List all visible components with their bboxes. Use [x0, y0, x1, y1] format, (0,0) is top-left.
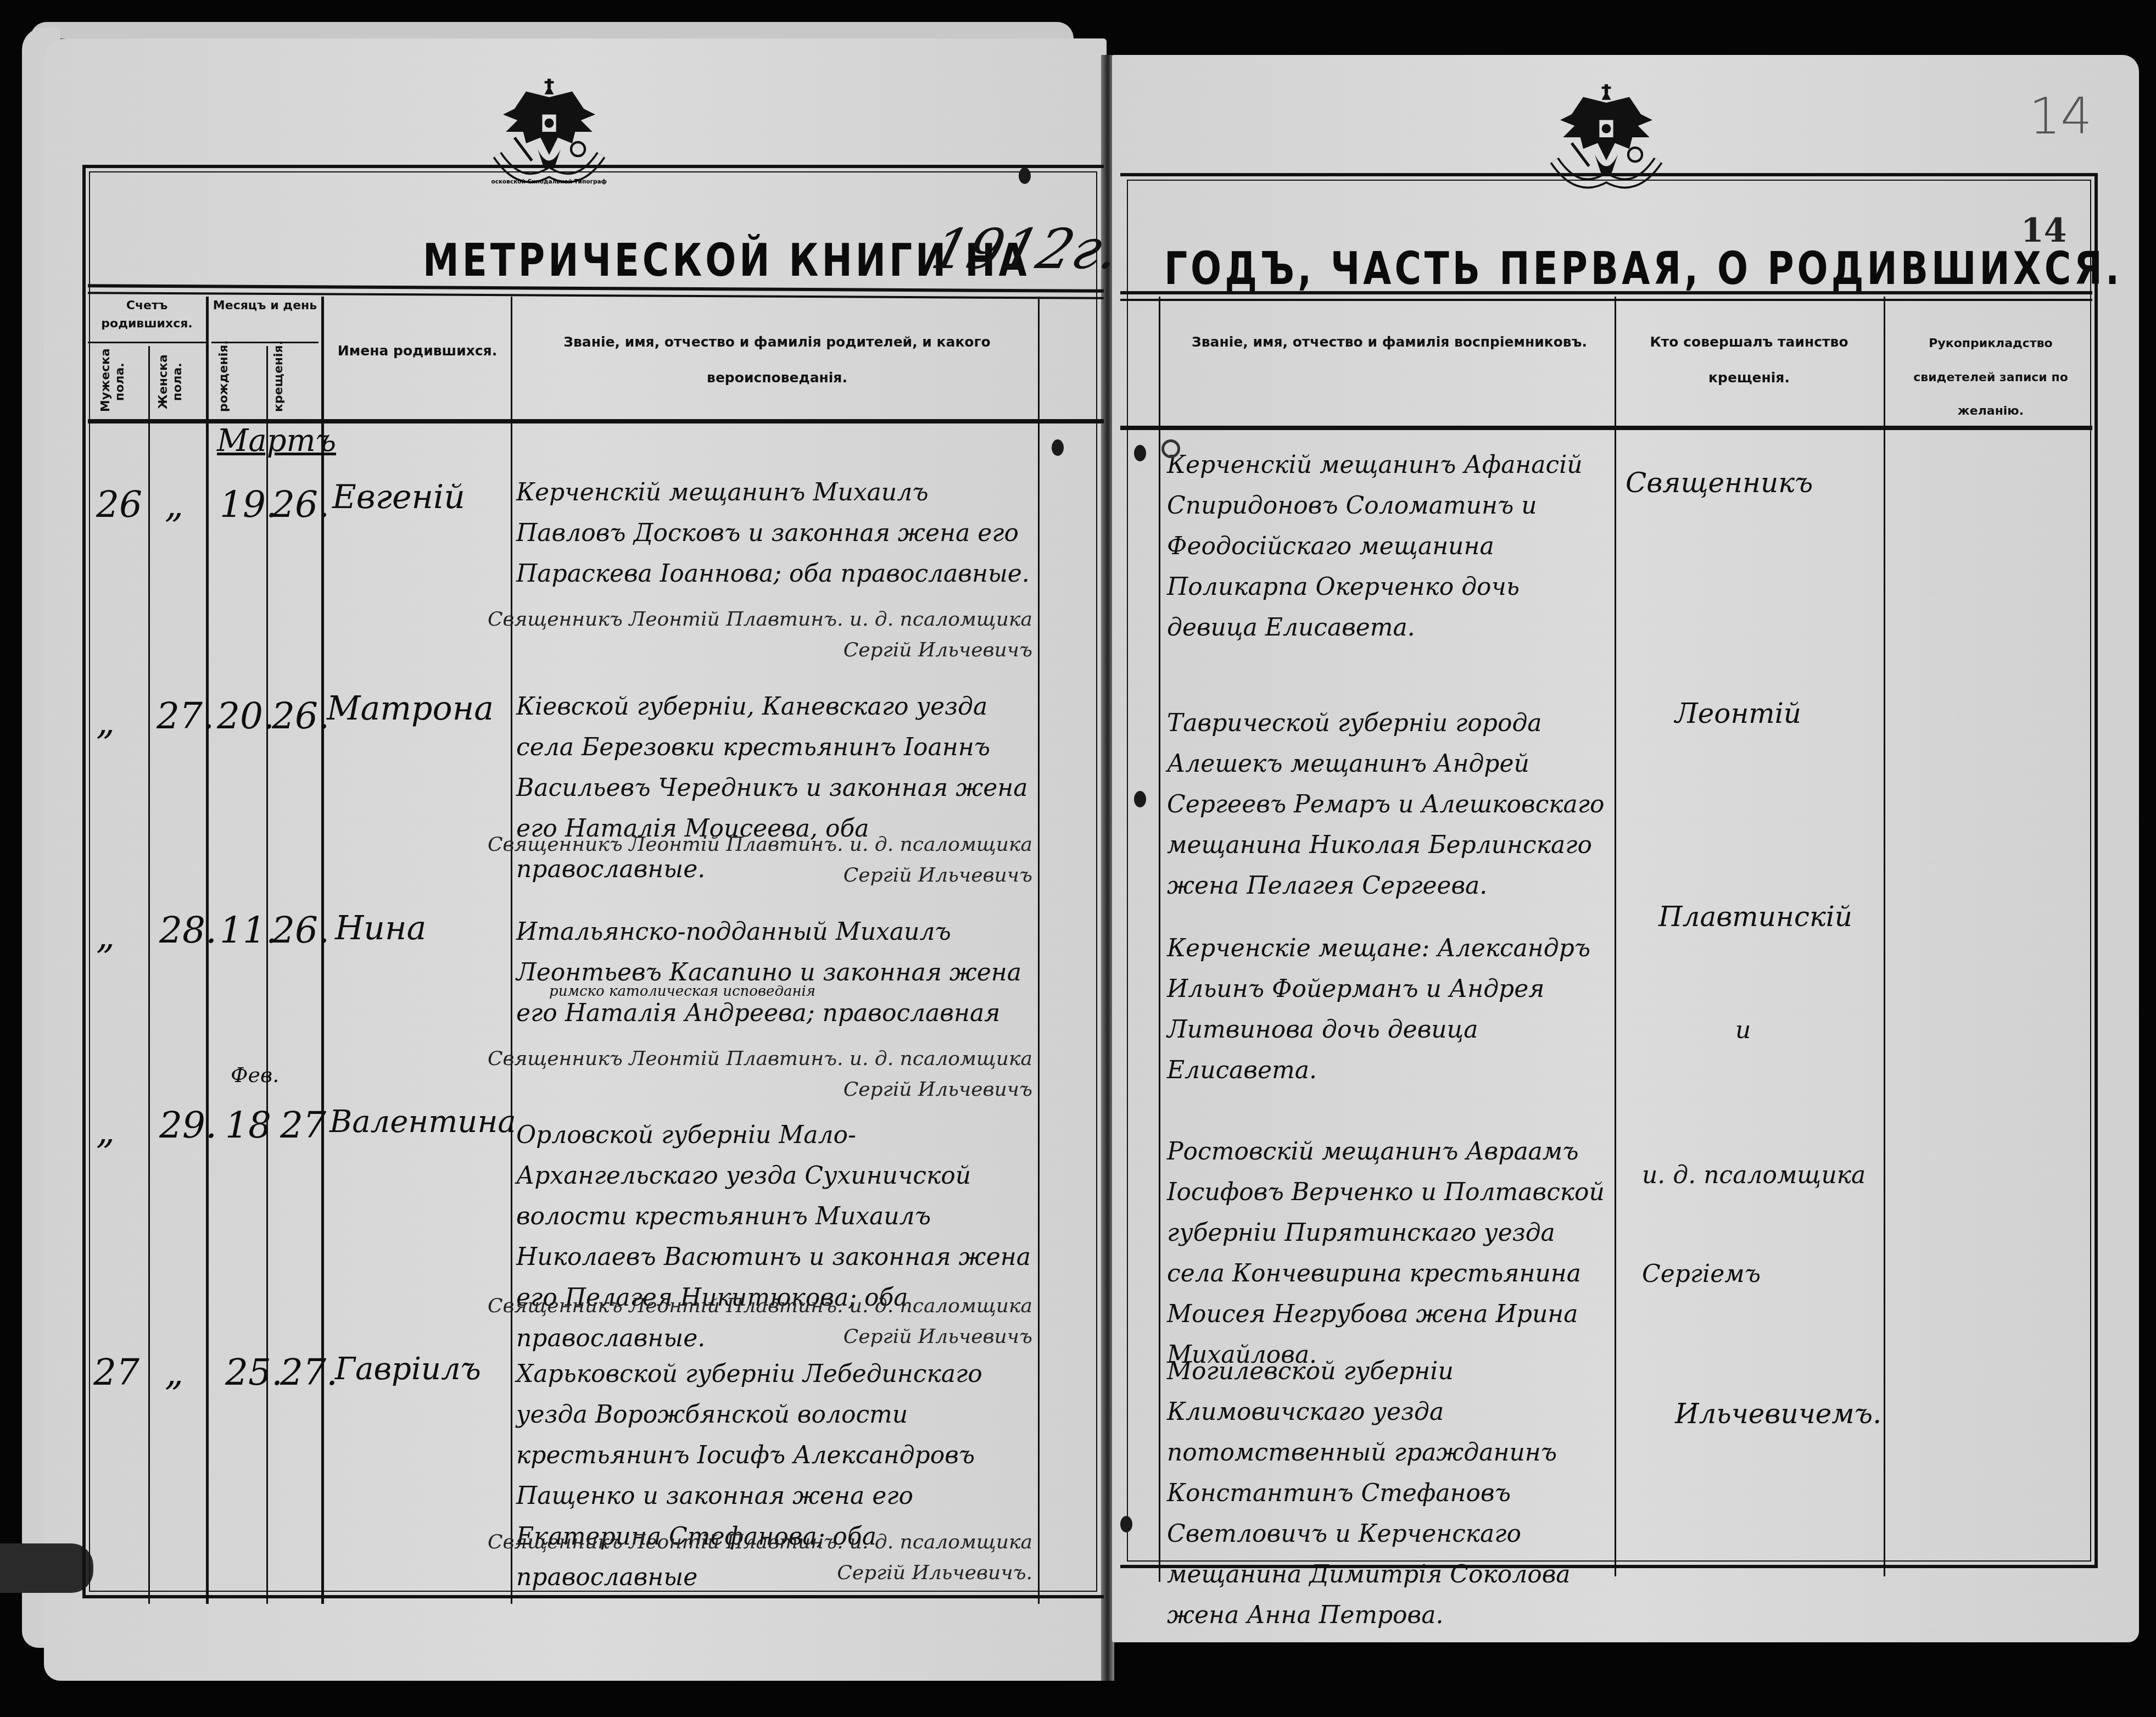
baptism-day: 26. — [272, 483, 329, 526]
birth-day: 25. — [225, 1351, 283, 1393]
header-baptism-date: крещенія. — [272, 352, 316, 412]
baptism-day: 26. — [272, 695, 329, 737]
female-number: 27. — [157, 695, 214, 737]
baptism-day: 27. — [280, 1351, 338, 1393]
male-number: „ — [96, 700, 115, 743]
male-number: „ — [96, 1110, 115, 1152]
title-year-handwritten: 1912г. — [925, 217, 1126, 281]
header-rule — [1120, 291, 2092, 301]
officiant-text: Ильчевичемъ. — [1675, 1398, 1881, 1430]
column-divider — [1159, 297, 1160, 1582]
male-number: „ — [96, 915, 115, 957]
header-male: Мужеска пола. — [99, 352, 143, 412]
column-divider — [1615, 297, 1616, 1576]
godparents-text: Ростовскій мещанинъ Авраамъ Іосифовъ Вер… — [1167, 1131, 1612, 1375]
female-number: 29. — [159, 1104, 217, 1146]
header-birth-date: рожденія. — [217, 352, 261, 412]
punch-hole — [1019, 168, 1031, 184]
officiant-text: и. д. псаломщика Сергіемъ — [1642, 1126, 1873, 1324]
male-number: 26 — [96, 483, 142, 526]
officiant-text: Плавтинскій — [1658, 901, 1852, 933]
child-name: Евгеній — [332, 478, 465, 516]
child-name: Нина — [335, 909, 426, 947]
header-godparents: Званіе, имя, отчество и фамилія воспріем… — [1170, 324, 1609, 360]
child-name: Валентина — [329, 1104, 516, 1140]
header-month-day: Месяцъ и день — [211, 297, 319, 315]
clergy-signature: Священникъ Леонтій Плавтинъ. и. д. псало… — [456, 1044, 1032, 1105]
punch-hole — [1134, 445, 1146, 461]
month-marker-feb: Фев. — [231, 1063, 279, 1087]
child-name: Гавріилъ — [335, 1351, 481, 1387]
column-divider — [511, 297, 512, 1604]
parents-note: римско католическая исповеданія — [549, 983, 816, 1000]
header-parents: Званіе, имя, отчество и фамилія родителе… — [522, 324, 1032, 395]
child-name: Матрона — [327, 689, 494, 728]
clergy-signature: Священникъ Леонтій Плавтинъ. и. д. псало… — [456, 829, 1032, 891]
female-number: 28. — [159, 909, 217, 951]
parents-text: Итальянско-подданный Михаилъ Леонтьевъ К… — [516, 912, 1032, 1034]
officiant-fragment: и — [1735, 1016, 1751, 1044]
clergy-signature: Священникъ Леонтій Плавтинъ. и. д. псало… — [456, 1527, 1032, 1588]
column-divider — [148, 346, 150, 1604]
month-marker: Мартъ — [217, 423, 336, 459]
column-divider — [1884, 297, 1885, 1576]
subheader-rule — [88, 342, 206, 343]
godparents-text: Керченскій мещанинъ Афанасій Спиридоновъ… — [1167, 445, 1612, 648]
column-divider — [266, 346, 268, 1604]
header-names: Имена родившихся. — [327, 341, 508, 361]
male-number: 27 — [93, 1351, 139, 1393]
column-divider — [1038, 297, 1040, 1604]
female-number: „ — [165, 483, 183, 526]
header-female: Женска пола. — [157, 352, 200, 412]
female-number: „ — [165, 1351, 183, 1393]
godparents-text: Могилевской губерніи Климовичскаго уезда… — [1167, 1351, 1612, 1636]
page-number-pencil: 14 — [2029, 88, 2092, 146]
birth-day: 19. — [220, 483, 277, 526]
page-stack-edge-top — [30, 22, 1074, 38]
page-number-printed: 14 — [2021, 211, 2067, 250]
punch-hole — [1120, 1516, 1132, 1532]
header-witness-signatures: Рукоприкладство свидетелей записи по жел… — [1889, 327, 2092, 428]
birth-day: 20. — [217, 695, 275, 737]
header-officiant: Кто совершалъ таинство крещенія. — [1620, 324, 1878, 395]
binding-strap — [0, 1543, 93, 1593]
punch-hole — [1161, 439, 1180, 458]
birth-day: 18 — [225, 1104, 271, 1146]
baptism-day: 27 — [280, 1104, 326, 1146]
punch-hole — [1134, 791, 1146, 807]
godparents-text: Керченскіе мещане: Александръ Ильинъ Фой… — [1167, 928, 1612, 1091]
punch-hole — [1052, 439, 1064, 456]
officiant-text: Леонтій — [1675, 698, 1801, 729]
clergy-signature: Священникъ Леонтій Плавтинъ. и. д. псало… — [456, 604, 1032, 666]
officiant-text: Священникъ — [1626, 467, 1813, 499]
godparents-text: Таврической губерніи города Алешекъ меща… — [1167, 703, 1612, 906]
parents-text: Керченскій мещанинъ Михаилъ Павловъ Доск… — [516, 472, 1032, 594]
baptism-day: 26. — [272, 909, 329, 951]
header-birth-count: Счетъ родившихся. — [91, 297, 203, 333]
clergy-signature: Священникъ Леонтій Плавтинъ. и. д. псало… — [456, 1291, 1032, 1352]
title-right: годъ, часть первая, о родившихся. — [1164, 242, 2123, 294]
birth-day: 11. — [220, 909, 277, 951]
